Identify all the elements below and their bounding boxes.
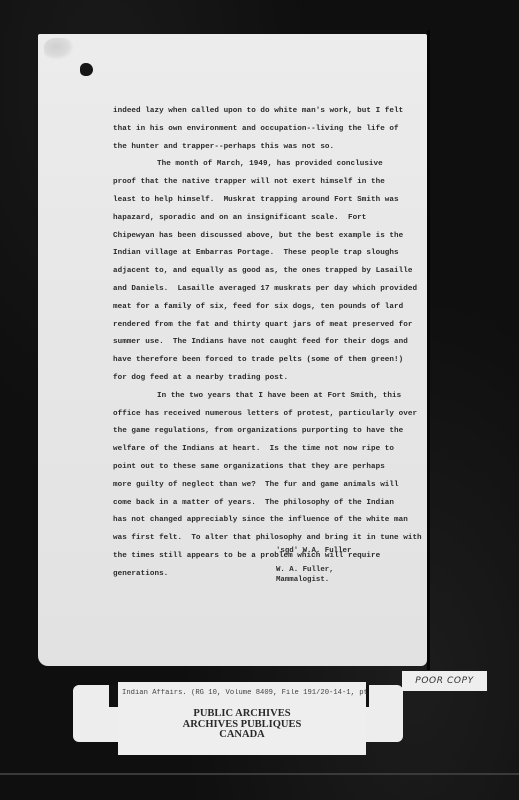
text-line: generations. xyxy=(113,566,433,584)
text-line: office has received numerous letters of … xyxy=(113,406,433,424)
archive-reference: Indian Affairs. (RG 10, Volume 8409, Fil… xyxy=(122,689,367,697)
text-line: summer use. The Indians have not caught … xyxy=(113,334,433,352)
archive-title-line: PUBLIC ARCHIVES xyxy=(118,709,366,720)
poor-copy-tag: POOR COPY xyxy=(402,671,487,691)
text-line: Chipewyan has been discussed above, but … xyxy=(113,228,433,246)
text-line: more guilty of neglect than we? The fur … xyxy=(113,477,433,495)
text-line: adjacent to, and equally as good as, the… xyxy=(113,263,433,281)
text-line: proof that the native trapper will not e… xyxy=(113,174,433,192)
signature-title: Mammalogist. xyxy=(276,575,329,585)
text-line: welfare of the Indians at heart. Is the … xyxy=(113,441,433,459)
text-line: Indian village at Embarras Portage. Thes… xyxy=(113,245,433,263)
archive-title-line: CANADA xyxy=(118,730,366,741)
text-line: least to help himself. Muskrat trapping … xyxy=(113,192,433,210)
text-line: has not changed appreciably since the in… xyxy=(113,512,433,530)
text-line: the hunter and trapper--perhaps this was… xyxy=(113,139,433,157)
text-line: the game regulations, from organizations… xyxy=(113,423,433,441)
ink-blot-mark xyxy=(80,63,93,76)
text-line: rendered from the fat and thirty quart j… xyxy=(113,317,433,335)
text-line: hapazard, sporadic and on an insignifica… xyxy=(113,210,433,228)
archive-title: PUBLIC ARCHIVES ARCHIVES PUBLIQUES CANAD… xyxy=(118,709,366,741)
text-line: In the two years that I have been at For… xyxy=(113,388,433,406)
text-line: for dog feed at a nearby trading post. xyxy=(113,370,433,388)
signature-signed: 'sgd' W.A. Fuller xyxy=(276,546,351,556)
text-line: meat for a family of six, feed for six d… xyxy=(113,299,433,317)
text-line: the times still appears to be a problem … xyxy=(113,548,433,566)
text-line: that in his own environment and occupati… xyxy=(113,121,433,139)
text-line: point out to these same organizations th… xyxy=(113,459,433,477)
text-line: was first felt. To alter that philosophy… xyxy=(113,530,433,548)
text-line: and Daniels. Lasaille averaged 17 muskra… xyxy=(113,281,433,299)
text-line: indeed lazy when called upon to do white… xyxy=(113,103,433,121)
letter-body: indeed lazy when called upon to do white… xyxy=(113,103,433,584)
text-line: come back in a matter of years. The phil… xyxy=(113,495,433,513)
card-notch xyxy=(109,685,118,707)
signature-name: W. A. Fuller, xyxy=(276,565,334,575)
film-edge-line xyxy=(0,773,519,775)
paper-fold-mark xyxy=(44,38,74,60)
text-line: The month of March, 1949, has provided c… xyxy=(113,156,433,174)
text-line: have therefore been forced to trade pelt… xyxy=(113,352,433,370)
